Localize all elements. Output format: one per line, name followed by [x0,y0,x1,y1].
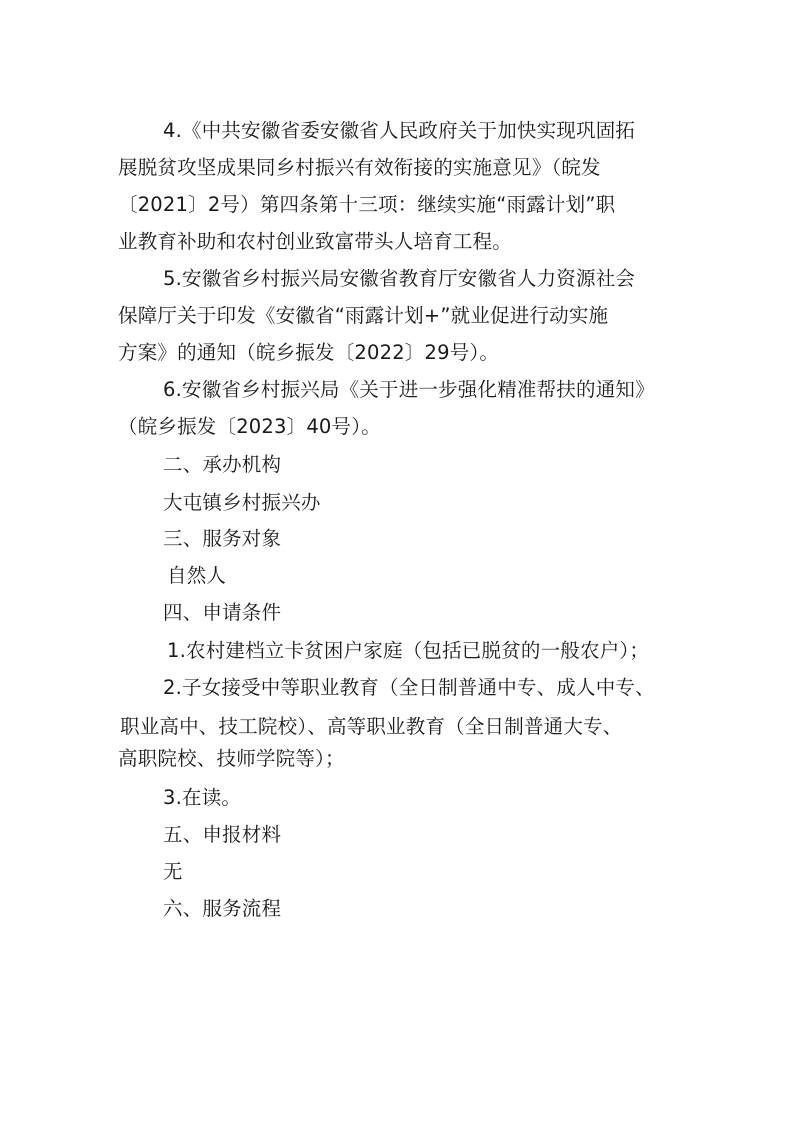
section-heading-handling-agency: 二、承办机构 [163,452,281,478]
policy-basis-item-4-line-3: 〔2021〕2号）第四条第十三项：继续实施“雨露计划”职 [118,192,615,218]
section-heading-service-process: 六、服务流程 [163,896,281,922]
policy-basis-item-5-line-3: 方案》的通知（皖乡振发〔2022〕29号）。 [118,340,499,366]
application-materials-value: 无 [163,859,183,885]
policy-basis-item-5-line-1: 5.安徽省乡村振兴局安徽省教育厅安徽省人力资源社会 [163,266,635,292]
policy-basis-item-6-line-1: 6.安徽省乡村振兴局《关于进一步强化精准帮扶的通知》 [163,377,655,403]
policy-basis-item-4-line-1: 4.《中共安徽省委安徽省人民政府关于加快实现巩固拓 [163,118,635,144]
condition-1: 1.农村建档立卡贫困户家庭（包括已脱贫的一般农户）； [167,638,649,664]
condition-3: 3.在读。 [163,785,241,811]
condition-2-line-1: 2.子女接受中等职业教育（全日制普通中专、成人中专、 [163,675,655,701]
service-target-value: 自然人 [167,563,226,589]
document-page: 4.《中共安徽省委安徽省人民政府关于加快实现巩固拓 展脱贫攻坚成果同乡村振兴有效… [0,0,793,1122]
handling-agency-value: 大屯镇乡村振兴办 [163,490,321,516]
condition-2-line-3: 高职院校、技师学院等）； [118,746,345,772]
policy-basis-item-6-line-2: （皖乡振发〔2023〕40号）。 [118,414,381,440]
policy-basis-item-4-line-4: 业教育补助和农村创业致富带头人培育工程。 [118,229,512,255]
condition-2-line-2: 职业高中、技工院校）、高等职业教育（全日制普通大专、 [120,714,622,740]
section-heading-application-materials: 五、申报材料 [163,822,281,848]
section-heading-application-conditions: 四、申请条件 [163,600,281,626]
policy-basis-item-5-line-2: 保障厅关于印发《安徽省“雨露计划+”就业促进行动实施 [118,303,608,329]
section-heading-service-target: 三、服务对象 [163,526,281,552]
policy-basis-item-4-line-2: 展脱贫攻坚成果同乡村振兴有效衔接的实施意见》（皖发 [118,155,601,181]
